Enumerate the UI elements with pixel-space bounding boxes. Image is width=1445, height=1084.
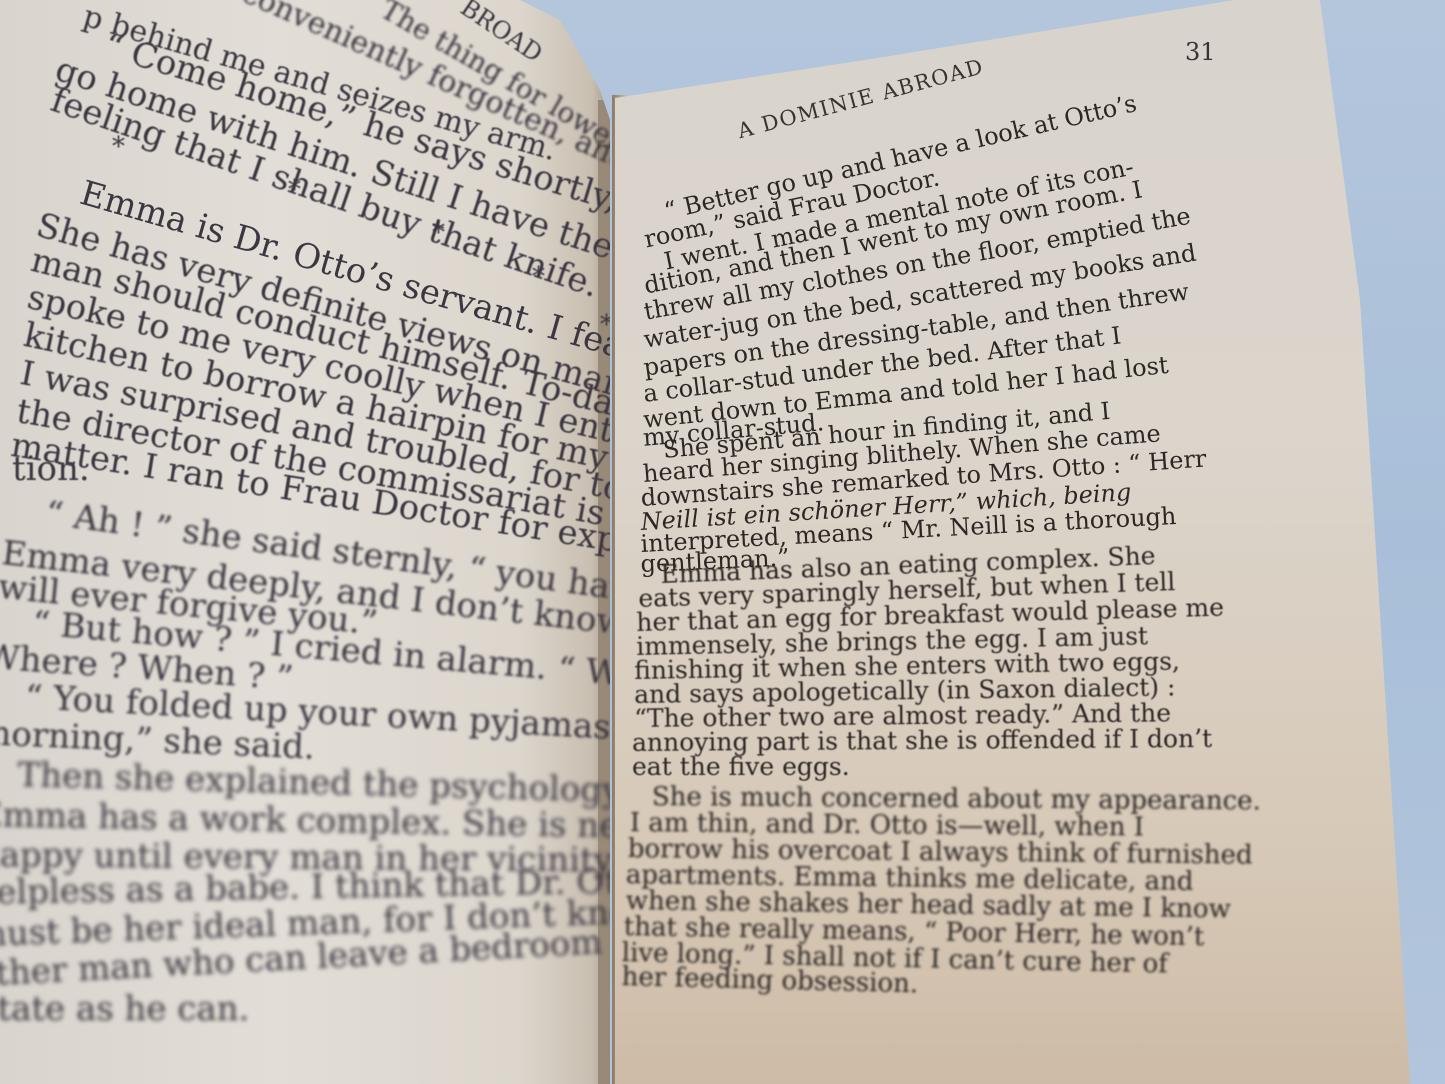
page-number: 31 xyxy=(1185,38,1216,66)
section-break-star: * xyxy=(112,132,125,162)
open-book-photo: conveniently forgotten, and I The thing … xyxy=(0,0,1445,1084)
section-break-star: * xyxy=(288,175,301,205)
left-page: conveniently forgotten, and I The thing … xyxy=(0,0,610,1084)
left-line: state as he can. xyxy=(0,992,249,1026)
left-line: tion. xyxy=(12,452,90,486)
right-line: annoying part is that she is offended if… xyxy=(632,726,1212,755)
right-line: eat the five eggs. xyxy=(632,754,850,779)
section-break-star: * xyxy=(532,262,545,292)
section-break-star: * xyxy=(432,218,445,248)
right-line: her feeding obsession. xyxy=(621,964,918,997)
